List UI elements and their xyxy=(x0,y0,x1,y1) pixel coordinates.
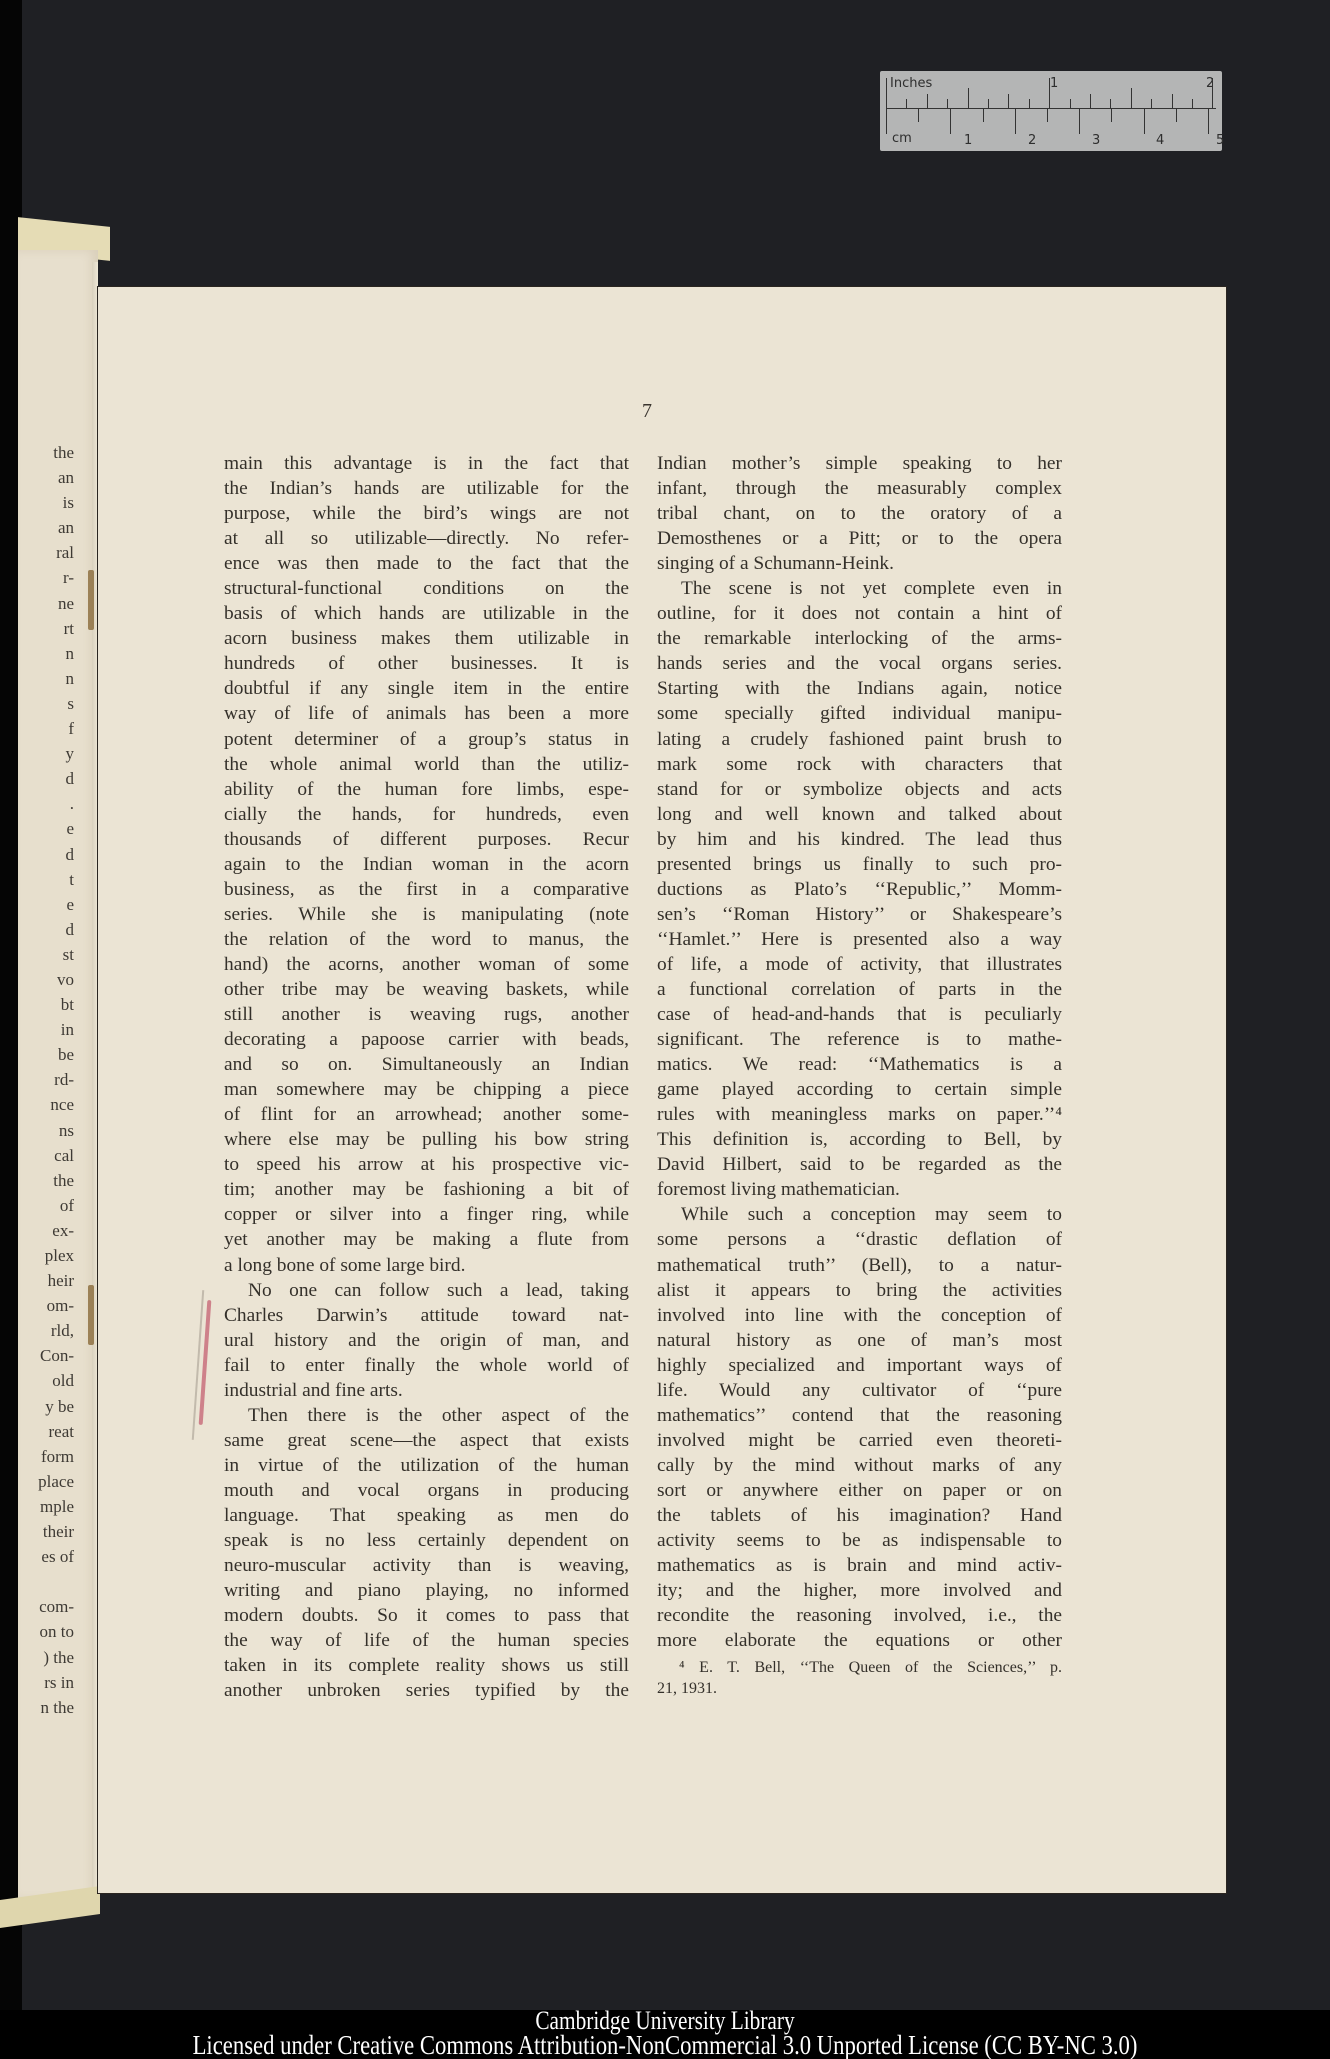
text-line: mouth and vocal organs in producing xyxy=(224,1478,629,1503)
bleed-line: the xyxy=(14,1168,74,1193)
text-line: purpose, while the bird’s wings are not xyxy=(224,501,629,526)
scale-ruler: Inches 1 2 cm 1 2 3 4 5 xyxy=(880,71,1222,151)
text-line: involved might be carried even theoreti- xyxy=(657,1428,1062,1453)
bleed-line: place xyxy=(14,1469,74,1494)
bleed-line: ral xyxy=(14,540,74,565)
text-line: The scene is not yet complete even in xyxy=(657,576,1062,601)
bleed-line: ) the xyxy=(14,1645,74,1670)
bleed-line: in xyxy=(14,1017,74,1042)
text-line: again to the Indian woman in the acorn xyxy=(224,852,629,877)
text-line: mark some rock with characters that xyxy=(657,752,1062,777)
ruler-cm-mark-2: 2 xyxy=(1028,133,1036,148)
text-line: neuro-muscular activity than is weaving, xyxy=(224,1553,629,1578)
inch-tick xyxy=(1151,99,1152,108)
text-line: series. While she is manipulating (note xyxy=(224,902,629,927)
bleed-line: d xyxy=(14,917,74,942)
text-line: singing of a Schumann-Heink. xyxy=(657,551,1062,576)
text-line: cially the hands, for hundreds, even xyxy=(224,802,629,827)
text-line: doubtful if any single item in the entir… xyxy=(224,676,629,701)
bleed-line: old xyxy=(14,1368,74,1393)
inch-tick xyxy=(1008,94,1009,108)
text-line: the Indian’s hands are utilizable for th… xyxy=(224,476,629,501)
text-line: speak is no less certainly dependent on xyxy=(224,1528,629,1553)
text-line: of life, a mode of activity, that illust… xyxy=(657,952,1062,977)
right-text-column: Indian mother’s simple speaking to herin… xyxy=(657,451,1062,1699)
binding-stain-top xyxy=(88,570,94,630)
text-line: yet another may be making a flute from xyxy=(224,1227,629,1252)
bleed-line: e xyxy=(14,816,74,841)
text-line: This definition is, according to Bell, b… xyxy=(657,1127,1062,1152)
text-line: lating a crudely fashioned paint brush t… xyxy=(657,727,1062,752)
text-line: potent determiner of a group’s status in xyxy=(224,727,629,752)
bleed-line: y be xyxy=(14,1394,74,1419)
text-line: other tribe may be weaving baskets, whil… xyxy=(224,977,629,1002)
bleed-line: st xyxy=(14,942,74,967)
text-line: and so on. Simultaneously an Indian xyxy=(224,1052,629,1077)
text-line: highly specialized and important ways of xyxy=(657,1353,1062,1378)
inch-tick xyxy=(1172,94,1173,108)
bleed-line: heir xyxy=(14,1268,74,1293)
bleed-line: plex xyxy=(14,1243,74,1268)
ruler-cm-mark-1: 1 xyxy=(964,133,972,148)
text-line: long and well known and talked about xyxy=(657,802,1062,827)
bleed-line: n xyxy=(14,666,74,691)
text-line: tribal chant, on to the oratory of a xyxy=(657,501,1062,526)
text-line: alist it appears to bring the activities xyxy=(657,1278,1062,1303)
cm-tick xyxy=(886,108,887,134)
text-line: natural history as one of man’s most xyxy=(657,1328,1062,1353)
text-line: where else may be pulling his bow string xyxy=(224,1127,629,1152)
bleed-line: ne xyxy=(14,591,74,616)
cm-tick xyxy=(983,108,984,122)
cm-tick xyxy=(1144,108,1145,134)
bleed-line: d xyxy=(14,766,74,791)
text-line: hundreds of other businesses. It is xyxy=(224,651,629,676)
bleed-line: mple xyxy=(14,1494,74,1519)
bleed-line: n xyxy=(14,641,74,666)
binding-stain-bottom xyxy=(88,1285,94,1345)
bleed-line: y xyxy=(14,741,74,766)
text-line: acorn business makes them utilizable in xyxy=(224,626,629,651)
bleed-line: ex- xyxy=(14,1218,74,1243)
text-line: a long bone of some large bird. xyxy=(224,1253,629,1278)
bleed-line: r- xyxy=(14,565,74,590)
text-line: by him and his kindred. The lead thus xyxy=(657,827,1062,852)
bleed-line: nce xyxy=(14,1092,74,1117)
page-number: 7 xyxy=(642,400,652,423)
library-credit: Cambridge University Library xyxy=(120,2010,1211,2032)
footnote-line: ⁴ E. T. Bell, ‘‘The Queen of the Science… xyxy=(657,1657,1062,1678)
cm-tick xyxy=(1208,108,1209,134)
ruler-inches-label: Inches xyxy=(890,76,932,91)
text-line: stand for or symbolize objects and acts xyxy=(657,777,1062,802)
bleed-line: t xyxy=(14,867,74,892)
text-line: to speed his arrow at his prospective vi… xyxy=(224,1152,629,1177)
text-line: the way of life of the human species xyxy=(224,1628,629,1653)
inch-tick xyxy=(1029,99,1030,108)
text-line: man somewhere may be chipping a piece xyxy=(224,1077,629,1102)
ruler-cm-mark-4: 4 xyxy=(1156,133,1164,148)
text-line: the whole animal world than the utiliz- xyxy=(224,752,629,777)
text-line: tim; another may be fashioning a bit of xyxy=(224,1177,629,1202)
ruler-cm-mark-5: 5 xyxy=(1216,133,1224,148)
bleed-line: es of xyxy=(14,1544,74,1569)
text-line: basis of which hands are utilizable in t… xyxy=(224,601,629,626)
text-line: hand) the acorns, another woman of some xyxy=(224,952,629,977)
bleed-line: e xyxy=(14,892,74,917)
bleed-line: be xyxy=(14,1042,74,1067)
bleed-line: rt xyxy=(14,616,74,641)
inch-tick xyxy=(1090,94,1091,108)
license-text: Licensed under Creative Commons Attribut… xyxy=(106,2032,1223,2058)
cm-tick xyxy=(1176,108,1177,122)
inch-tick xyxy=(1212,78,1213,108)
bleed-line: rs in xyxy=(14,1670,74,1695)
text-line: structural-functional conditions on the xyxy=(224,576,629,601)
text-line: mathematics as is brain and mind activ- xyxy=(657,1553,1062,1578)
bleed-line: on to xyxy=(14,1619,74,1644)
inch-tick xyxy=(1131,88,1132,108)
text-line: presented brings us finally to such pro- xyxy=(657,852,1062,877)
text-line: While such a conception may seem to xyxy=(657,1202,1062,1227)
text-line: foremost living mathematician. xyxy=(657,1177,1062,1202)
bleed-line: om- xyxy=(14,1293,74,1318)
inch-tick xyxy=(947,99,948,108)
bleed-line: the xyxy=(14,440,74,465)
text-line: ence was then made to the fact that the xyxy=(224,551,629,576)
text-line: Demosthenes or a Pitt; or to the opera xyxy=(657,526,1062,551)
bleed-line: an xyxy=(14,515,74,540)
bleed-line: n the xyxy=(14,1695,74,1720)
text-line: copper or silver into a finger ring, whi… xyxy=(224,1202,629,1227)
text-line: language. That speaking as men do xyxy=(224,1503,629,1528)
bleed-line xyxy=(14,1569,74,1594)
cm-tick xyxy=(1111,108,1112,122)
text-line: rules with meaningless marks on paper.’’… xyxy=(657,1102,1062,1127)
text-line: the relation of the word to manus, the xyxy=(224,927,629,952)
inch-tick xyxy=(1192,99,1193,108)
text-line: activity seems to be as indispensable to xyxy=(657,1528,1062,1553)
text-line: way of life of animals has been a more xyxy=(224,701,629,726)
bleed-line: cal xyxy=(14,1143,74,1168)
text-line: matics. We read: ‘‘Mathematics is a xyxy=(657,1052,1062,1077)
text-line: in virtue of the utilization of the huma… xyxy=(224,1453,629,1478)
bleed-line: Con- xyxy=(14,1343,74,1368)
inch-tick xyxy=(988,99,989,108)
text-line: outline, for it does not contain a hint … xyxy=(657,601,1062,626)
text-line: sen’s ‘‘Roman History’’ or Shakespeare’s xyxy=(657,902,1062,927)
ruler-inch-mark-1: 1 xyxy=(1050,76,1058,91)
text-line: ductions as Plato’s ‘‘Republic,’’ Momm- xyxy=(657,877,1062,902)
text-line: mathematics’’ contend that the reasoning xyxy=(657,1403,1062,1428)
text-line: main this advantage is in the fact that xyxy=(224,451,629,476)
footnote-line: 21, 1931. xyxy=(657,1678,1062,1699)
left-text-column: main this advantage is in the fact thatt… xyxy=(224,451,629,1703)
text-line: Indian mother’s simple speaking to her xyxy=(657,451,1062,476)
text-line: mathematical truth’’ (Bell), to a natur- xyxy=(657,1253,1062,1278)
text-line: industrial and fine arts. xyxy=(224,1378,629,1403)
text-line: ity; and the higher, more involved and xyxy=(657,1578,1062,1603)
text-line: still another is weaving rugs, another xyxy=(224,1002,629,1027)
bleed-line: rd- xyxy=(14,1067,74,1092)
text-line: case of head-and-hands that is peculiarl… xyxy=(657,1002,1062,1027)
text-line: involved into line with the conception o… xyxy=(657,1303,1062,1328)
bleed-line: . xyxy=(14,791,74,816)
text-line: ‘‘Hamlet.’’ Here is presented also a way xyxy=(657,927,1062,952)
text-line: No one can follow such a lead, taking xyxy=(224,1278,629,1303)
bleed-line: ns xyxy=(14,1118,74,1143)
text-line: modern doubts. So it comes to pass that xyxy=(224,1603,629,1628)
text-line: a functional correlation of parts in the xyxy=(657,977,1062,1002)
bleed-line: reat xyxy=(14,1419,74,1444)
bleed-line: vo xyxy=(14,967,74,992)
text-line: recondite the reasoning involved, i.e., … xyxy=(657,1603,1062,1628)
inch-tick xyxy=(1110,99,1111,108)
text-line: business, as the first in a comparative xyxy=(224,877,629,902)
cm-tick xyxy=(1015,108,1016,134)
inch-tick xyxy=(927,94,928,108)
text-line: the tablets of his imagination? Hand xyxy=(657,1503,1062,1528)
text-line: David Hilbert, said to be regarded as th… xyxy=(657,1152,1062,1177)
text-line: some specially gifted individual manipu- xyxy=(657,701,1062,726)
bleed-line: bt xyxy=(14,992,74,1017)
text-line: fail to enter finally the whole world of xyxy=(224,1353,629,1378)
facing-page-bleed-text: theanisanralr-nertnnsfyd.edtedstvobtinbe… xyxy=(14,440,74,1720)
text-line: game played according to certain simple xyxy=(657,1077,1062,1102)
ruler-baseline xyxy=(886,108,1216,109)
bleed-line: is xyxy=(14,490,74,515)
ruler-cm-mark-3: 3 xyxy=(1092,133,1100,148)
bleed-line: rld, xyxy=(14,1318,74,1343)
bleed-line: of xyxy=(14,1193,74,1218)
text-line: hands series and the vocal organs series… xyxy=(657,651,1062,676)
text-line: decorating a papoose carrier with beads, xyxy=(224,1027,629,1052)
bleed-line: form xyxy=(14,1444,74,1469)
footnote: ⁴ E. T. Bell, ‘‘The Queen of the Science… xyxy=(657,1657,1062,1699)
text-line: ural history and the origin of man, and xyxy=(224,1328,629,1353)
text-line: some persons a ‘‘drastic deflation of xyxy=(657,1227,1062,1252)
bleed-line: their xyxy=(14,1519,74,1544)
license-footer: Cambridge University Library Licensed un… xyxy=(0,2010,1330,2059)
text-line: significant. The reference is to mathe- xyxy=(657,1027,1062,1052)
text-line: Starting with the Indians again, notice xyxy=(657,676,1062,701)
text-line: taken in its complete reality shows us s… xyxy=(224,1653,629,1678)
text-line: cally by the mind without marks of any xyxy=(657,1453,1062,1478)
text-line: at all so utilizable—directly. No refer- xyxy=(224,526,629,551)
text-line: writing and piano playing, no informed xyxy=(224,1578,629,1603)
cm-tick xyxy=(918,108,919,122)
text-line: Then there is the other aspect of the xyxy=(224,1403,629,1428)
text-line: thousands of different purposes. Recur xyxy=(224,827,629,852)
ruler-cm-label: cm xyxy=(892,131,912,146)
inch-tick xyxy=(886,78,887,108)
text-line: of flint for an arrowhead; another some- xyxy=(224,1102,629,1127)
text-line: ability of the human fore limbs, espe- xyxy=(224,777,629,802)
bleed-line: com- xyxy=(14,1594,74,1619)
inch-tick xyxy=(1070,99,1071,108)
inch-tick xyxy=(906,99,907,108)
cm-tick xyxy=(1079,108,1080,134)
bleed-line: s xyxy=(14,691,74,716)
text-line: infant, through the measurably complex xyxy=(657,476,1062,501)
cm-tick xyxy=(950,108,951,134)
text-line: the remarkable interlocking of the arms- xyxy=(657,626,1062,651)
inch-tick xyxy=(1049,78,1050,108)
inch-tick xyxy=(968,88,969,108)
text-line: same great scene—the aspect that exists xyxy=(224,1428,629,1453)
cm-tick xyxy=(1047,108,1048,122)
bleed-line: f xyxy=(14,716,74,741)
bleed-line: an xyxy=(14,465,74,490)
text-line: life. Would any cultivator of ‘‘pure xyxy=(657,1378,1062,1403)
text-line: another unbroken series typified by the xyxy=(224,1678,629,1703)
text-line: Charles Darwin’s attitude toward nat- xyxy=(224,1303,629,1328)
bleed-line: d xyxy=(14,842,74,867)
text-line: more elaborate the equations or other xyxy=(657,1628,1062,1653)
text-line: sort or anywhere either on paper or on xyxy=(657,1478,1062,1503)
